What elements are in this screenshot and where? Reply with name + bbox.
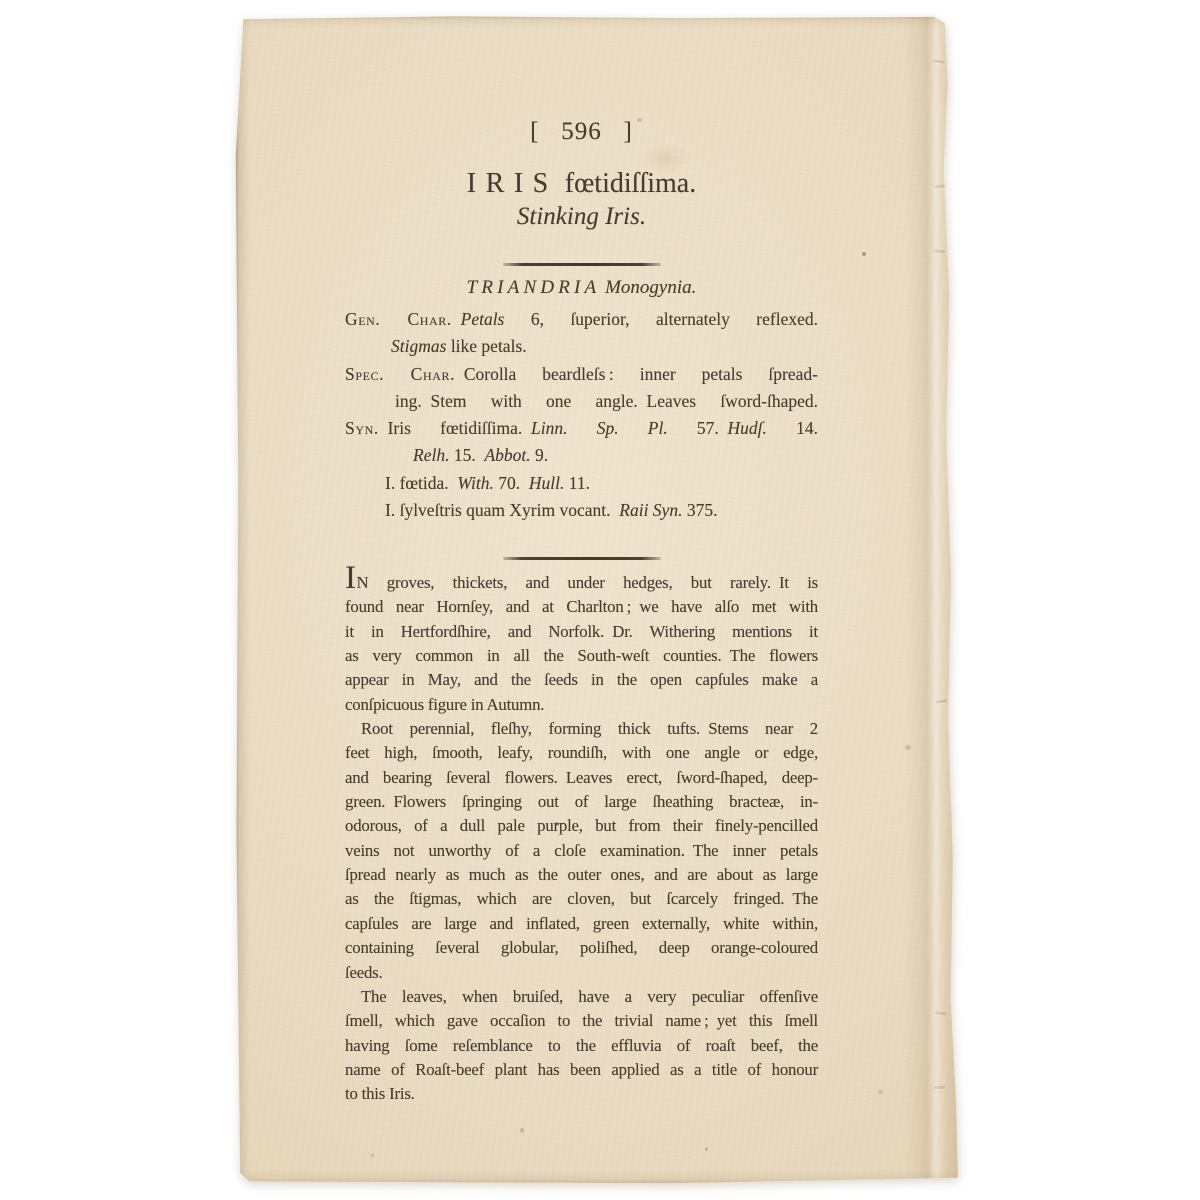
divider-rule-middle [503,557,661,560]
text-line: appear in May, and the ſeeds in the open… [345,668,818,692]
species-title: IRIS fœtidiſſima. [345,168,818,200]
text-line: The leaves, when bruiſed, have a very pe… [345,985,818,1009]
text-segment: ſmell, which gave occaſion to the trivia… [345,1011,818,1030]
deckle-mark [934,250,945,254]
description-block: IN groves, thickets, and under hedges, b… [345,571,818,1107]
text-segment: 70. [494,473,529,493]
text-segment: N groves, thickets, and under hedges, bu… [357,573,819,592]
text-segment: The leaves, when bruiſed, have a very pe… [361,987,818,1006]
text-segment [452,309,461,329]
paper-speck [878,1090,883,1094]
paper-speck [520,1128,524,1133]
text-segment: I. ſylveſtris quam Xyrim vocant. [385,500,619,520]
text-segment: Relh. [413,445,449,465]
text-line: conſpicuous figure in Autumn. [345,693,818,717]
text-line: Root perennial, fleſhy, forming thick tu… [345,717,818,741]
text-segment: I. fœtida. [385,473,457,493]
text-segment: 9. [531,445,549,465]
text-segment: 14. [767,418,818,438]
text-line: capſules are large and inflated, green e… [345,912,818,936]
text-line: found near Hornſey, and at Charlton ; we… [345,595,818,619]
text-line: ſpread nearly as much as the outer ones,… [345,863,818,887]
text-segment: Corolla beardleſs : inner petals ſpread- [455,364,818,384]
text-segment: 375. [682,500,717,520]
text-line: Gen. Char. Petals 6, ſuperior, alternate… [345,306,818,333]
text-segment: Root perennial, fleſhy, forming thick tu… [361,719,818,738]
page-number: [ 596 ] [345,118,818,146]
text-segment: Hull. [529,473,565,493]
text-line: Relh. 15. Abbot. 9. [345,442,818,469]
text-segment: and bearing ſeveral flowers. Leaves erec… [345,768,818,787]
text-segment: Hudſ. [728,418,767,438]
text-segment: ſpread nearly as much as the outer ones,… [345,865,818,884]
paper-speck [371,1154,374,1157]
divider-rule-top [503,263,661,266]
scan-canvas: [ 596 ] IRIS fœtidiſſima. Stinking Iris.… [0,0,1200,1200]
text-segment: as very common in all the South-weſt cou… [345,646,818,665]
text-segment: to this Iris. [345,1084,415,1103]
text-segment: Syn. [345,418,379,438]
text-segment: 6, ſuperior, alternately reflexed. [504,309,818,329]
text-segment: Monogynia. [600,277,696,298]
text-segment: Abbot. [484,445,530,465]
text-line: it in Hertfordſhire, and Norfolk. Dr. Wi… [345,620,818,644]
text-segment: With. [457,473,493,493]
text-line: ing. Stem with one angle. Leaves ſword-ſ… [345,388,818,415]
text-segment: 11. [564,473,590,493]
text-segment: IRIS [467,168,558,199]
deckle-mark [934,1086,945,1090]
characters-block: Gen. Char. Petals 6, ſuperior, alternate… [345,306,818,524]
text-line: ſmell, which gave occaſion to the trivia… [345,1009,818,1033]
text-segment: it in Hertfordſhire, and Norfolk. Dr. Wi… [345,622,818,641]
text-line: Syn. Iris fœtidiſſima. Linn. Sp. Pl. 57.… [345,415,818,442]
text-segment: having ſome reſemblance to the effluvia … [345,1036,818,1055]
text-segment: 57. [668,418,728,438]
classification-line: TRIANDRIA Monogynia. [345,277,818,299]
paper-speck [862,252,866,256]
deckle-mark [933,59,944,64]
text-segment: Gen. Char. [345,309,452,329]
text-segment: Iris fœtidiſſima. [379,418,531,438]
paper-speck [905,745,911,750]
text-line: I. fœtida. With. 70. Hull. 11. [345,470,818,497]
text-line: Stigmas like petals. [345,333,818,360]
text-line: as the ſtigmas, which are cloven, but ſc… [345,887,818,911]
text-segment: containing ſeveral globular, poliſhed, d… [345,938,818,957]
deckle-mark [935,184,946,188]
text-segment: capſules are large and inflated, green e… [345,914,818,933]
text-segment: Raii Syn. [619,500,682,520]
text-segment: fœtidiſſima. [558,168,696,199]
text-segment: found near Hornſey, and at Charlton ; we… [345,597,818,616]
text-line: odorous, of a dull pale purple, but from… [345,814,818,838]
text-line: IN groves, thickets, and under hedges, b… [345,571,818,595]
text-segment: Petals [461,309,505,329]
text-segment: name of Roaſt-beef plant has been applie… [345,1060,818,1079]
text-segment: ing. Stem with one angle. Leaves ſword-ſ… [395,391,818,411]
text-line: and bearing ſeveral flowers. Leaves erec… [345,766,818,790]
deckle-mark [936,700,947,704]
text-segment: conſpicuous figure in Autumn. [345,695,544,714]
text-segment: TRIANDRIA [467,277,601,298]
text-segment: ſeeds. [345,963,382,982]
text-line: Spec. Char. Corolla beardleſs : inner pe… [345,361,818,388]
deckle-mark [935,1011,946,1015]
scanned-page: [ 596 ] IRIS fœtidiſſima. Stinking Iris.… [234,14,960,1186]
text-line: ſeeds. [345,961,818,985]
text-segment: appear in May, and the ſeeds in the open… [345,670,818,689]
text-segment: veins not unworthy of a cloſe examinatio… [345,841,818,860]
text-segment: Spec. Char. [345,364,455,384]
text-segment: Stigmas [391,336,446,356]
text-line: containing ſeveral globular, poliſhed, d… [345,936,818,960]
text-line: I. ſylveſtris quam Xyrim vocant. Raii Sy… [345,497,818,524]
text-segment: feet high, ſmooth, leafy, roundiſh, with… [345,743,818,762]
paper-speck [705,1147,708,1151]
text-segment: I [345,560,357,596]
text-line: name of Roaſt-beef plant has been applie… [345,1058,818,1082]
text-segment: Linn. Sp. Pl. [531,418,668,438]
text-line: as very common in all the South-weſt cou… [345,644,818,668]
text-segment: as the ſtigmas, which are cloven, but ſc… [345,889,818,908]
text-line: to this Iris. [345,1082,818,1106]
text-line: having ſome reſemblance to the effluvia … [345,1034,818,1058]
text-line: feet high, ſmooth, leafy, roundiſh, with… [345,741,818,765]
text-line: veins not unworthy of a cloſe examinatio… [345,839,818,863]
text-segment: odorous, of a dull pale purple, but from… [345,816,818,835]
common-name: Stinking Iris. [345,203,818,231]
text-segment: like petals. [446,336,526,356]
text-line: green. Flowers ſpringing out of large ſh… [345,790,818,814]
text-segment: 15. [449,445,484,465]
text-segment: green. Flowers ſpringing out of large ſh… [345,792,818,811]
